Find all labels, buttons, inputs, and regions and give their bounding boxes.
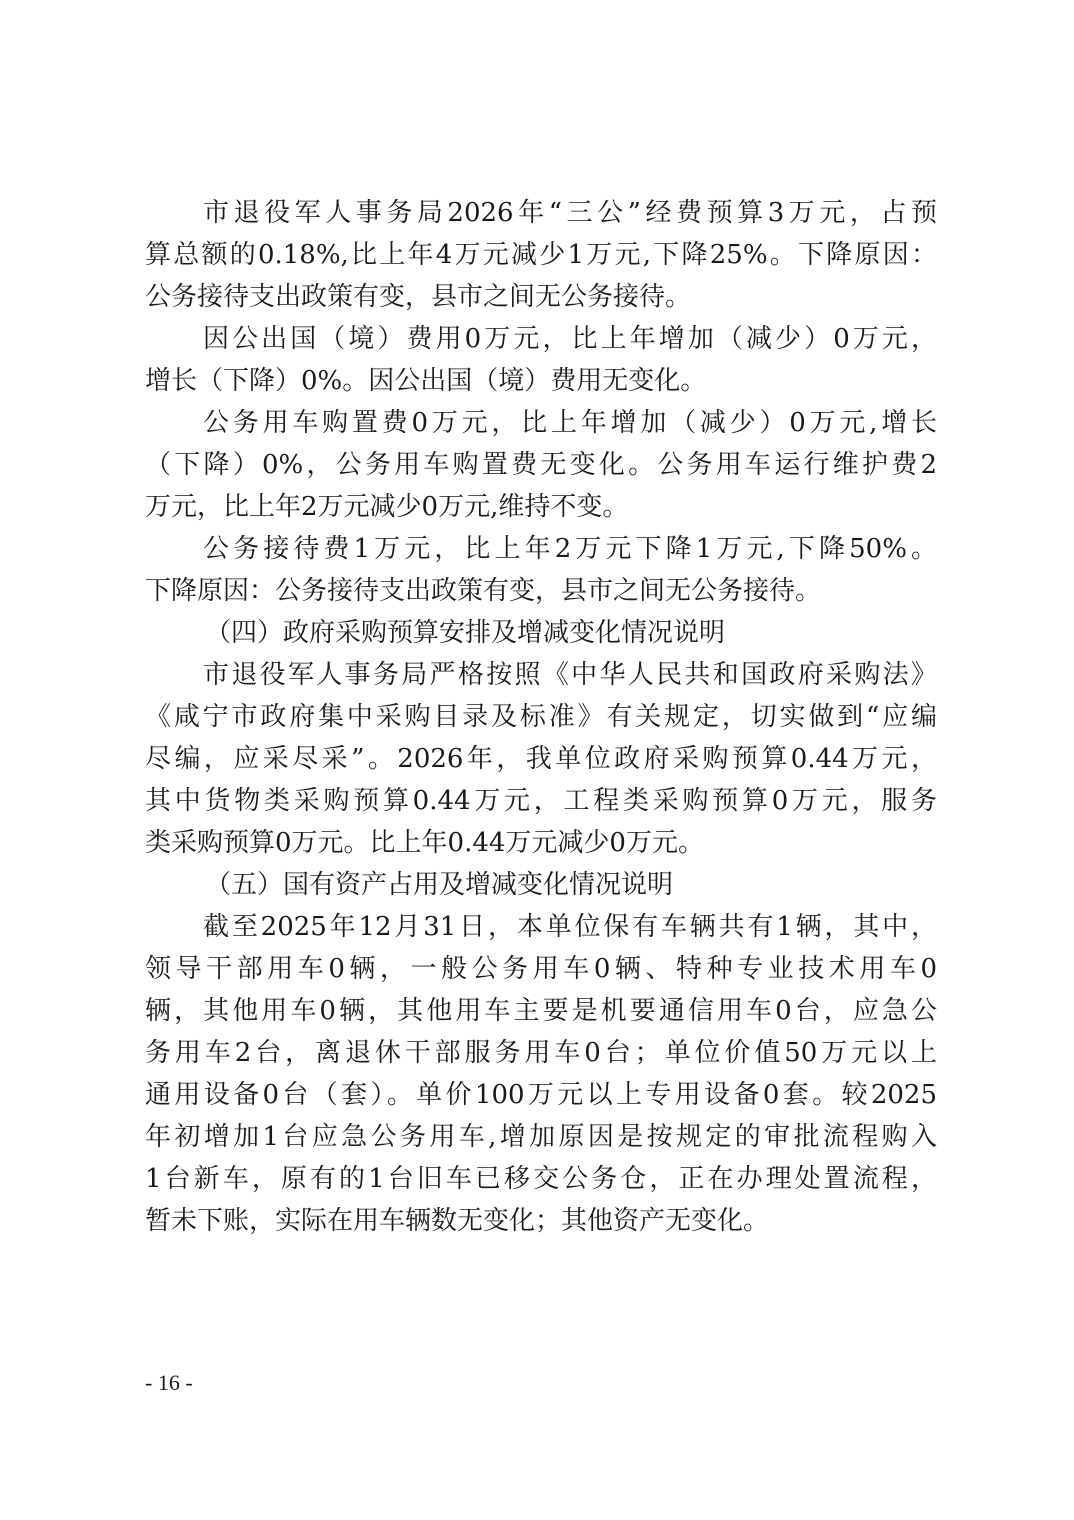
section-heading-state-assets: （五）国有资产占用及增减变化情况说明 [145,864,937,906]
paragraph-line: 市退役军人事务局严格按照《中华人民共和国政府采购法》 [145,654,937,696]
paragraph-line: 算总额的0.18%,比上年4万元减少1万元,下降25%。下降原因： [145,234,937,276]
paragraph-line: 公务用车购置费0万元，比上年增加（减少）0万元,增长 [145,402,937,444]
section-heading-procurement: （四）政府采购预算安排及增减变化情况说明 [145,612,937,654]
paragraph-line: 万元，比上年2万元减少0万元,维持不变。 [145,486,937,528]
paragraph-line: 因公出国（境）费用0万元，比上年增加（减少）0万元， [145,318,937,360]
document-page: 市退役军人事务局2026年“三公”经费预算3万元，占预 算总额的0.18%,比上… [0,0,1074,1520]
paragraph-line: 增长（下降）0%。因公出国（境）费用无变化。 [145,360,937,402]
paragraph-line: 《咸宁市政府集中采购目录及标准》有关规定，切实做到“应编 [145,696,937,738]
paragraph-line: 类采购预算0万元。比上年0.44万元减少0万元。 [145,822,937,864]
paragraph-line: 年初增加1台应急公务用车,增加原因是按规定的审批流程购入 [145,1116,937,1158]
paragraph-line: 下降原因：公务接待支出政策有变，县市之间无公务接待。 [145,570,937,612]
paragraph-line: 截至2025年12月31日，本单位保有车辆共有1辆，其中， [145,906,937,948]
paragraph-line: 其中货物类采购预算0.44万元，工程类采购预算0万元，服务 [145,780,937,822]
paragraph-line: 市退役军人事务局2026年“三公”经费预算3万元，占预 [145,192,937,234]
page-number: - 16 - [145,1370,193,1396]
paragraph-line: 尽编，应采尽采”。2026年，我单位政府采购预算0.44万元， [145,738,937,780]
paragraph-line: 1台新车，原有的1台旧车已移交公务仓，正在办理处置流程， [145,1158,937,1200]
paragraph-line: （下降）0%，公务用车购置费无变化。公务用车运行维护费2 [145,444,937,486]
paragraph-line: 辆，其他用车0辆，其他用车主要是机要通信用车0台，应急公 [145,990,937,1032]
document-body: 市退役军人事务局2026年“三公”经费预算3万元，占预 算总额的0.18%,比上… [145,192,937,1242]
paragraph-line: 公务接待费1万元，比上年2万元下降1万元,下降50%。 [145,528,937,570]
paragraph-line: 领导干部用车0辆，一般公务用车0辆、特种专业技术用车0 [145,948,937,990]
paragraph-line: 通用设备0台（套）。单价100万元以上专用设备0套。较2025 [145,1074,937,1116]
paragraph-line: 公务接待支出政策有变，县市之间无公务接待。 [145,276,937,318]
paragraph-line: 务用车2台，离退休干部服务用车0台；单位价值50万元以上 [145,1032,937,1074]
paragraph-line: 暂未下账，实际在用车辆数无变化；其他资产无变化。 [145,1200,937,1242]
